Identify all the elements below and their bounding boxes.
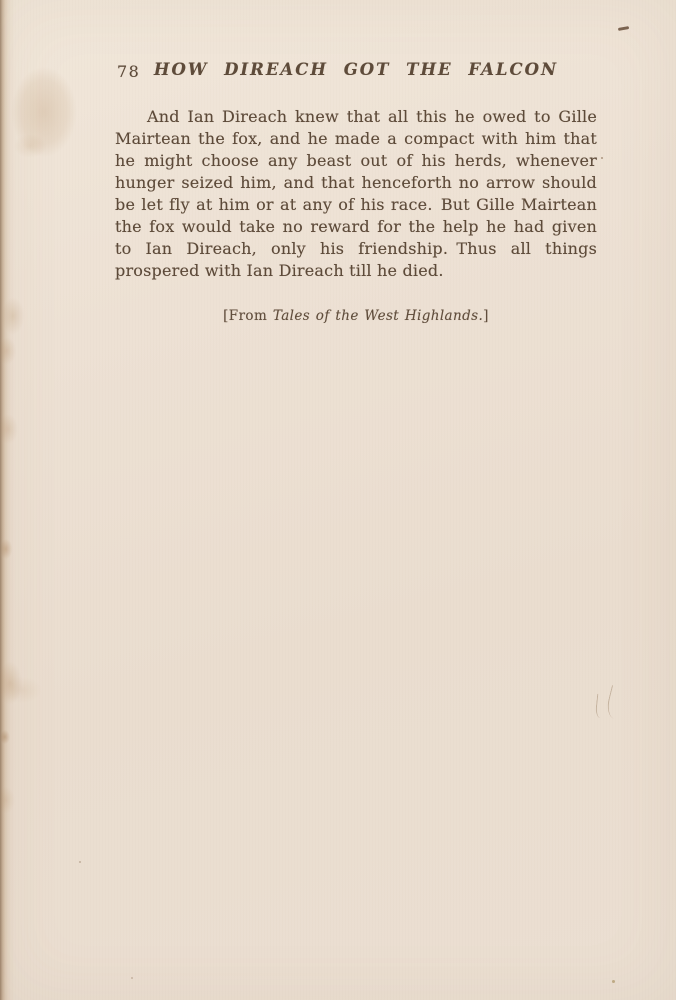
paragraph-line: he might choose any beast out of his her… [115,150,597,172]
ink-dash-mark [618,26,629,30]
citation-prefix: [From [223,308,273,324]
page-number: 78 [117,62,140,81]
paragraph-line: prospered with Ian Direach till he died. [115,260,597,282]
paragraph-line: be let fly at him or at any of his race.… [115,194,597,216]
pencil-mark [595,694,604,719]
pencil-mark [604,685,622,719]
page-text-block: 78 HOW DIREACH GOT THE FALCON And Ian Di… [115,60,597,324]
citation-book-title: Tales of the West Highlands. [273,308,483,324]
running-header: 78 HOW DIREACH GOT THE FALCON [115,60,597,82]
paragraph-line: And Ian Direach knew that all this he ow… [115,106,597,128]
scanned-book-page: 78 HOW DIREACH GOT THE FALCON And Ian Di… [0,0,676,1000]
paragraph-line: Mairtean the fox, and he made a compact … [115,128,597,150]
ink-speck [601,157,603,159]
paragraph-line: to Ian Direach, only his friendship. Thu… [115,238,597,260]
ink-speck [612,980,615,983]
citation-suffix: ] [483,308,489,324]
paragraph-line: the fox would take no reward for the hel… [115,216,597,238]
chapter-title: HOW DIREACH GOT THE FALCON [115,60,597,79]
ink-speck [131,977,133,979]
story-paragraph: And Ian Direach knew that all this he ow… [115,106,597,282]
source-citation: [From Tales of the West Highlands.] [115,308,597,324]
paragraph-line: hunger seized him, and that henceforth n… [115,172,597,194]
ink-speck [79,861,81,863]
